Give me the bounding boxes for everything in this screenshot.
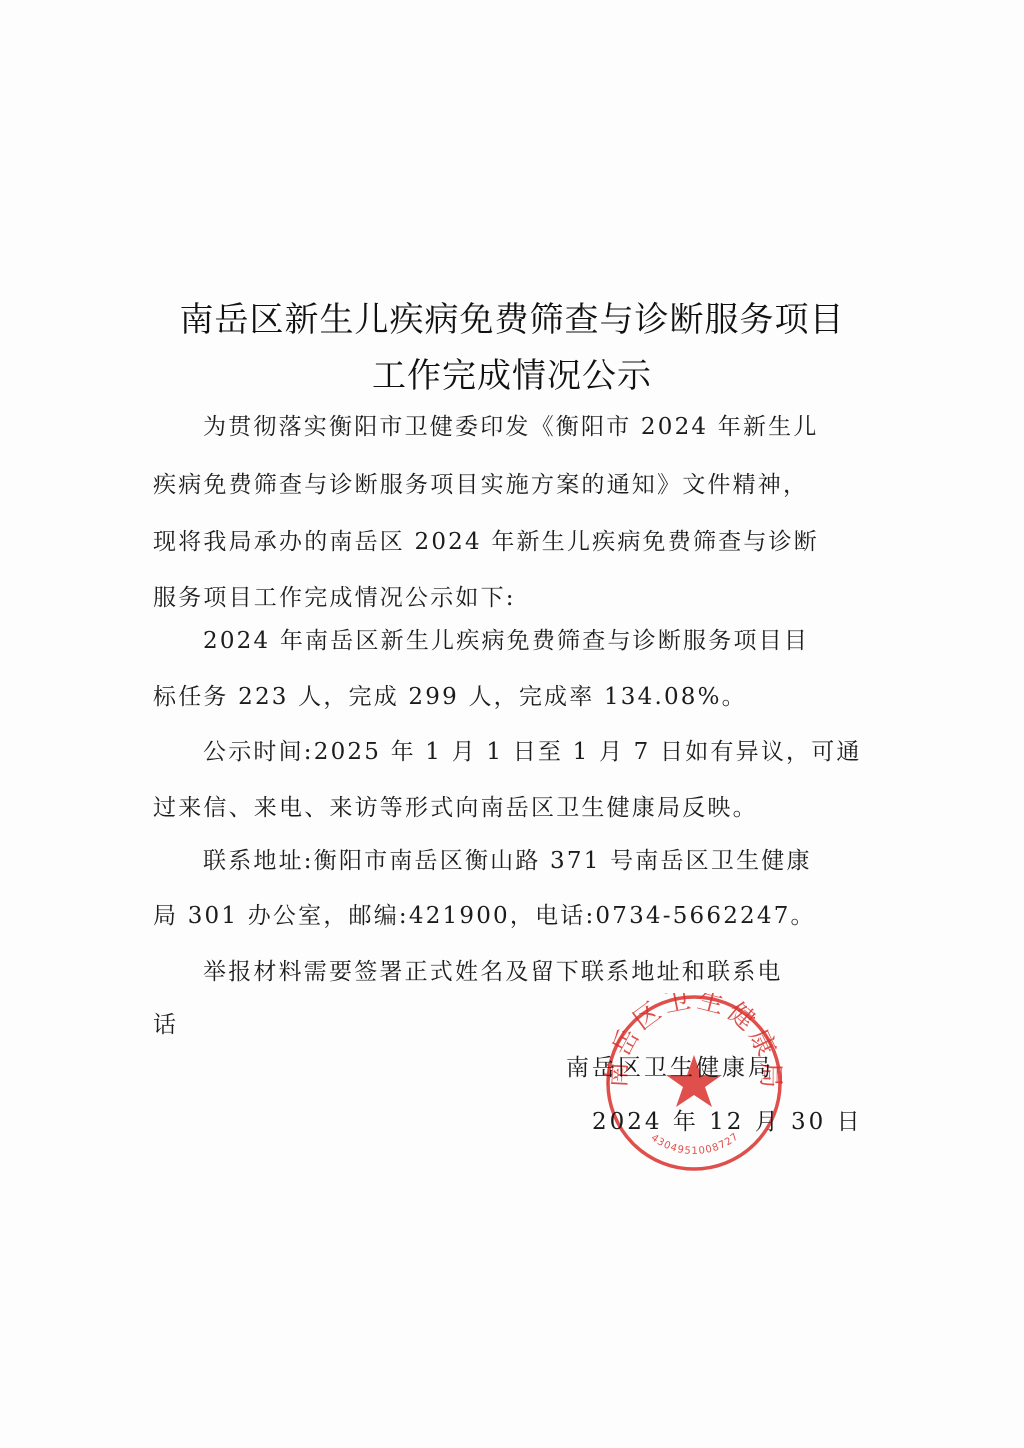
paragraph-line: 联系地址:衡阳市南岳区衡山路 371 号南岳区卫生健康 bbox=[203, 842, 812, 875]
paragraph-line: 2024 年南岳区新生儿疾病免费筛查与诊断服务项目目 bbox=[203, 622, 809, 655]
signing-date: 2024 年 12 月 30 日 bbox=[592, 1103, 863, 1136]
paragraph-line: 现将我局承办的南岳区 2024 年新生儿疾病免费筛查与诊断 bbox=[153, 523, 819, 556]
paragraph-line: 过来信、来电、来访等形式向南岳区卫生健康局反映。 bbox=[153, 789, 758, 822]
paragraph-line: 疾病免费筛查与诊断服务项目实施方案的通知》文件精神， bbox=[153, 466, 808, 499]
paragraph-line: 标任务 223 人，完成 299 人，完成率 134.08%。 bbox=[153, 678, 747, 711]
paragraph-line: 公示时间:2025 年 1 月 1 日至 1 月 7 日如有异议，可通 bbox=[203, 733, 862, 766]
document-title-line-1: 南岳区新生儿疾病免费筛查与诊断服务项目 bbox=[0, 292, 1024, 341]
paragraph-line: 话 bbox=[153, 1006, 178, 1039]
official-seal-icon: 南岳区卫生健康局 4304951008727 3 bbox=[604, 993, 784, 1173]
paragraph-line: 为贯彻落实衡阳市卫健委印发《衡阳市 2024 年新生儿 bbox=[203, 408, 819, 441]
paragraph-line: 局 301 办公室，邮编:421900，电话:0734-5662247。 bbox=[153, 897, 816, 930]
paragraph-line: 举报材料需要签署正式姓名及留下联系地址和联系电 bbox=[203, 953, 783, 986]
signing-organization: 南岳区卫生健康局 bbox=[566, 1049, 774, 1082]
document-title-line-2: 工作完成情况公示 bbox=[0, 348, 1024, 397]
paragraph-line: 服务项目工作完成情况公示如下: bbox=[153, 579, 516, 612]
